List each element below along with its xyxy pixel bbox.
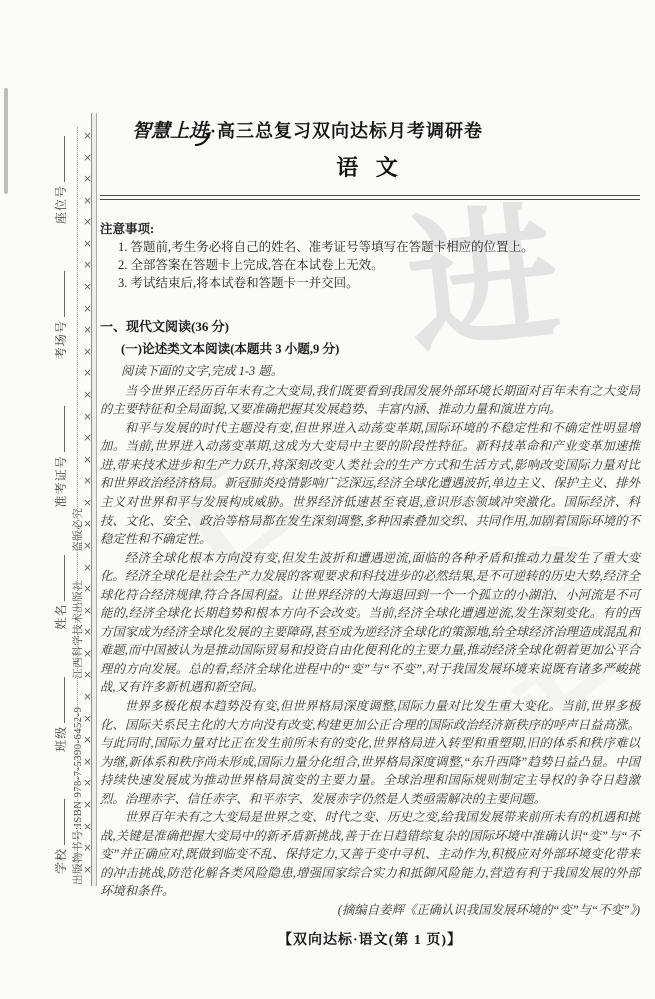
passage: 当今世界正经历百年未有之大变局,我们既要看到我国发展外部环境长期面对百年未有之大… xyxy=(100,382,640,901)
header-divider xyxy=(100,195,640,200)
notice-item: 3. 考试结束后,将本试卷和答题卡一并交回。 xyxy=(100,274,640,292)
field-blank xyxy=(53,136,65,182)
student-field: 准考证号 xyxy=(52,406,69,507)
passage-attribution: (摘编自姜辉《正确认识我国发展环境的“变”与“不变”》) xyxy=(100,901,640,920)
field-blank xyxy=(53,406,65,452)
notice-item: 2. 全部答案在答题卡上完成,答在本试卷上无效。 xyxy=(100,256,640,274)
brand-logo: 智慧上进 xyxy=(132,116,210,143)
student-field: 考场号 xyxy=(52,271,69,359)
binding-edge-band xyxy=(91,113,97,886)
dotted-fold-rule xyxy=(77,127,78,879)
exam-paper-page: 进 上 慧 学校班级姓名准考证号考场号座位号 出版物书号:ISBN 978-7-… xyxy=(0,0,655,999)
notice-list: 1. 答题前,考生务必将自己的姓名、准考证号等填写在答题卡相应的位置上。2. 全… xyxy=(100,238,640,293)
passage-paragraph: 和平与发展的时代主题没有变,但世界进入动荡变革期,国际环境的不稳定性和不确定性明… xyxy=(100,419,640,549)
brand-arrow-icon xyxy=(194,131,214,147)
field-blank xyxy=(53,799,65,845)
field-blank xyxy=(53,677,65,723)
student-field: 学校 xyxy=(52,799,69,874)
student-field: 班级 xyxy=(52,677,69,752)
passage-paragraph: 世界多极化根本趋势没有变,但世界格局深度调整,国际力量对比发生重大变化。当前,世… xyxy=(100,697,640,808)
main-content: 智慧上进 ·高三总复习双向达标月考调研卷 语 文 注意事项: 1. 答题前,考生… xyxy=(100,0,640,949)
subject-title: 语 文 xyxy=(100,151,640,182)
header-line: 智慧上进 ·高三总复习双向达标月考调研卷 xyxy=(100,116,640,143)
student-fields: 学校班级姓名准考证号考场号座位号 xyxy=(49,130,71,880)
section-part-title: 一、现代文阅读(36 分) xyxy=(100,316,640,335)
section-subpart-title: (一)论述类文本阅读(本题共 3 小题,9 分) xyxy=(100,338,640,357)
notice-item: 1. 答题前,考生务必将自己的姓名、准考证号等填写在答题卡相应的位置上。 xyxy=(100,238,640,256)
student-field: 座位号 xyxy=(52,136,69,224)
page-footer: 【双向达标·语文(第 1 页)】 xyxy=(100,929,640,949)
passage-paragraph: 世界百年未有之大变局是世界之变、时代之变、历史之变,给我国发展带来前所未有的机遇… xyxy=(100,808,640,901)
field-blank xyxy=(53,271,65,317)
notice-title: 注意事项: xyxy=(100,220,640,238)
header-title: ·高三总复习双向达标月考调研卷 xyxy=(210,121,483,141)
passage-paragraph: 当今世界正经历百年未有之大变局,我们既要看到我国发展外部环境长期面对百年未有之大… xyxy=(100,382,640,419)
passage-paragraph: 经济全球化根本方向没有变,但发生波折和遭遇逆流,面临的各种矛盾和推动力量发生了重… xyxy=(100,549,640,697)
field-blank xyxy=(53,555,65,601)
student-field: 姓名 xyxy=(52,555,69,630)
scan-edge-artifact xyxy=(4,88,8,194)
reading-instruction: 阅读下面的文字,完成 1-3 题。 xyxy=(100,361,640,379)
notice-block: 注意事项: 1. 答题前,考生务必将自己的姓名、准考证号等填写在答题卡相应的位置… xyxy=(100,220,640,293)
